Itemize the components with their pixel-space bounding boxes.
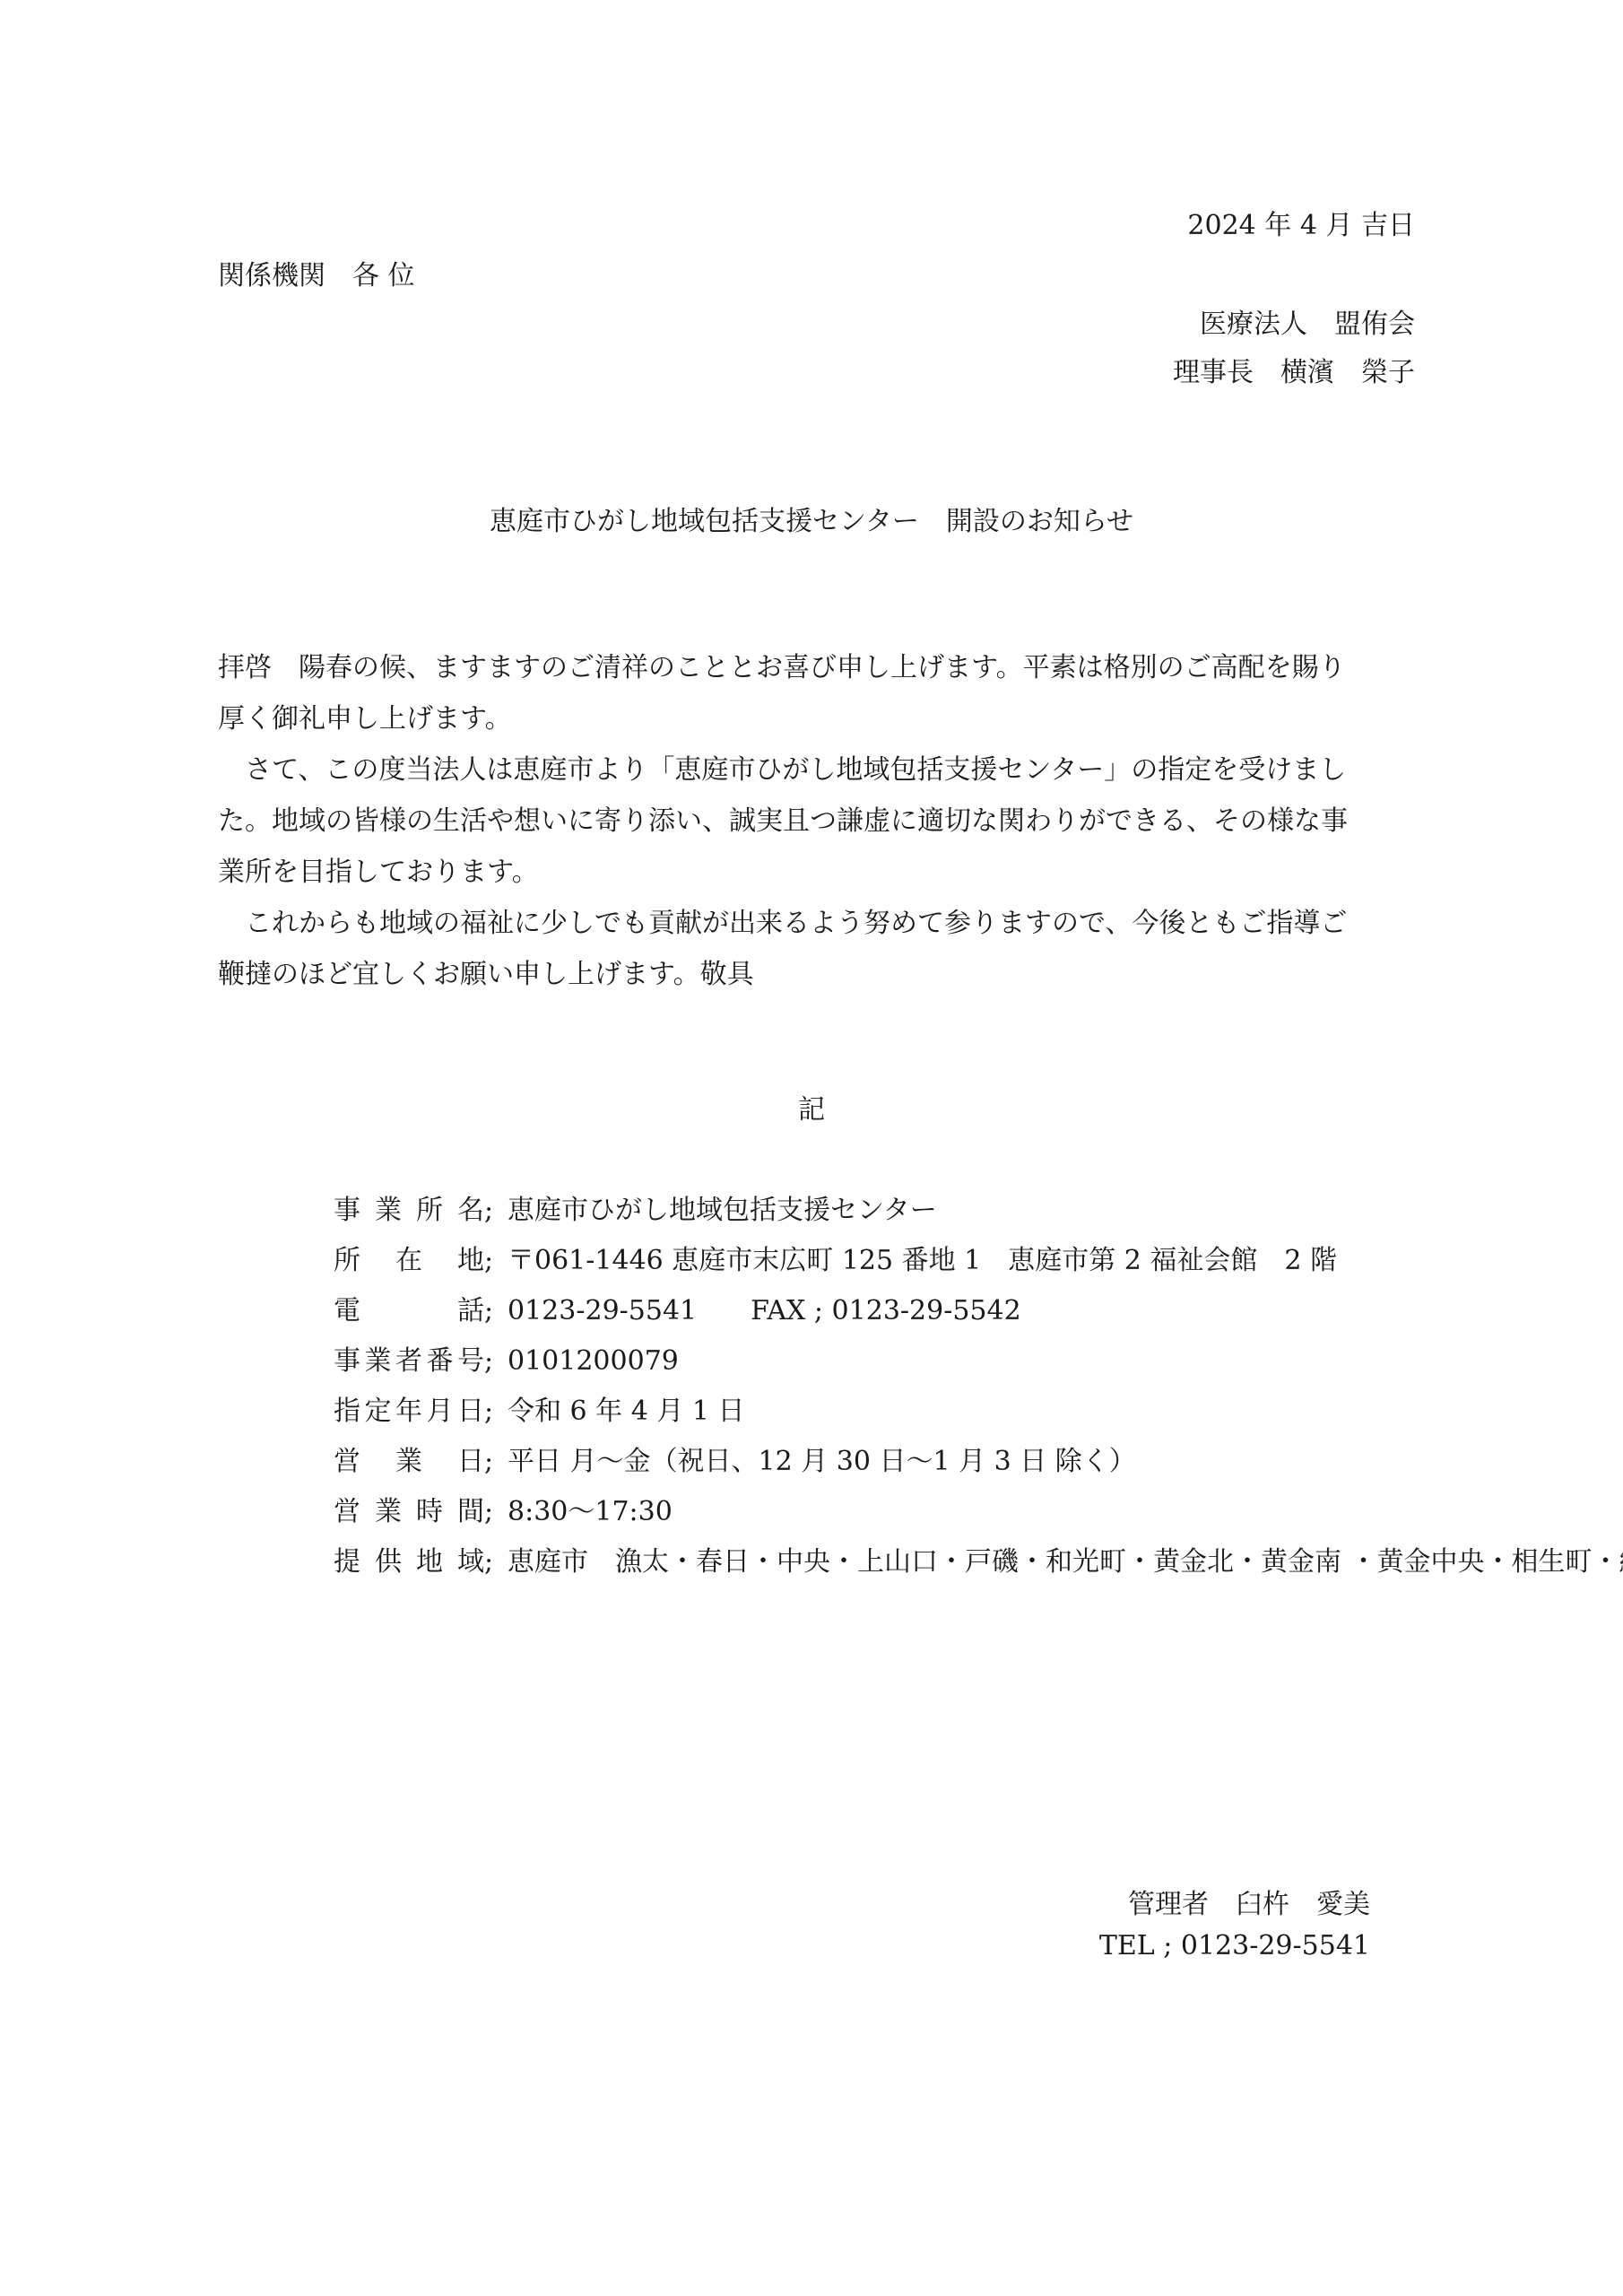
detail-label: 指定年月日 <box>334 1387 484 1437</box>
manager-name: 管理者 臼杵 愛美 <box>1128 1882 1370 1921</box>
addressee: 関係機関 各 位 <box>218 253 415 292</box>
manager-tel: TEL ; 0123-29-5541 <box>1099 1930 1370 1961</box>
document-title: 恵庭市ひがし地域包括支援センター 開設のお知らせ <box>0 499 1623 538</box>
detail-business-days: 営業日 ; 平日 月〜金（祝日、12 月 30 日〜1 月 3 日 除く） <box>334 1437 1623 1487</box>
ki-heading: 記 <box>0 1087 1623 1126</box>
body-line: さて、この度当法人は恵庭市より「恵庭市ひがし地域包括支援センター」の指定を受けま… <box>218 744 1419 796</box>
detail-separator: ; <box>484 1336 508 1387</box>
document-page: 2024 年 4 月 吉日 関係機関 各 位 医療法人 盟侑会 理事長 横濱 榮… <box>0 0 1623 2296</box>
detail-separator: ; <box>484 1236 508 1286</box>
detail-separator: ; <box>484 1286 508 1336</box>
detail-address: 所在地 ; 〒061-1446 恵庭市末広町 125 番地 1 恵庭市第 2 福… <box>334 1236 1623 1286</box>
detail-value: 8:30〜17:30 <box>508 1487 673 1537</box>
detail-value: 0123-29-5541 FAX ; 0123-29-5542 <box>508 1286 1021 1336</box>
service-area-line: 恵庭市 漁太・春日・中央・上山口・戸磯・和光町・黄金北・黄金南 <box>508 1546 1341 1578</box>
letter-body: 拝啓 陽春の候、ますますのご清祥のこととお喜び申し上げます。平素は格別のご高配を… <box>218 642 1419 1000</box>
detail-value: 平日 月〜金（祝日、12 月 30 日〜1 月 3 日 除く） <box>508 1437 1136 1487</box>
detail-office-name: 事業所名 ; 恵庭市ひがし地域包括支援センター <box>334 1186 1623 1236</box>
body-line: た。地域の皆様の生活や想いに寄り添い、誠実且つ謙虚に適切な関わりができる、その様… <box>218 796 1419 847</box>
detail-separator: ; <box>484 1537 508 1587</box>
detail-label: 所在地 <box>334 1236 484 1286</box>
service-area-list: 恵庭市 漁太・春日・中央・上山口・戸磯・和光町・黄金北・黄金南 ・黄金中央・相生… <box>508 1537 1623 1587</box>
body-line: 鞭撻のほど宜しくお願い申し上げます。敬具 <box>218 949 1419 1000</box>
detail-value: 0101200079 <box>508 1336 679 1387</box>
sender-name: 理事長 横濱 榮子 <box>1173 350 1415 389</box>
detail-label: 電話 <box>334 1286 484 1336</box>
detail-label: 事業所名 <box>334 1186 484 1236</box>
body-line: 厚く御礼申し上げます。 <box>218 693 1419 744</box>
body-line: 拝啓 陽春の候、ますますのご清祥のこととお喜び申し上げます。平素は格別のご高配を… <box>218 642 1419 693</box>
detail-value: 恵庭市ひがし地域包括支援センター <box>508 1186 937 1236</box>
body-line: 業所を目指しております。 <box>218 847 1419 898</box>
detail-separator: ; <box>484 1186 508 1236</box>
detail-phone: 電話 ; 0123-29-5541 FAX ; 0123-29-5542 <box>334 1286 1623 1336</box>
detail-separator: ; <box>484 1387 508 1437</box>
issue-date: 2024 年 4 月 吉日 <box>1187 203 1415 242</box>
detail-label: 事業者番号 <box>334 1336 484 1387</box>
detail-label: 営業日 <box>334 1437 484 1487</box>
service-area-line: ・黄金中央・相生町・緑町・住吉町・末広町・栄恵町・泉町・京町 <box>1350 1546 1623 1578</box>
detail-separator: ; <box>484 1437 508 1487</box>
detail-label: 営業時間 <box>334 1487 484 1537</box>
details-list: 事業所名 ; 恵庭市ひがし地域包括支援センター 所在地 ; 〒061-1446 … <box>334 1186 1623 1587</box>
detail-value: 〒061-1446 恵庭市末広町 125 番地 1 恵庭市第 2 福祉会館 2 … <box>508 1236 1337 1286</box>
detail-designation-date: 指定年月日 ; 令和 6 年 4 月 1 日 <box>334 1387 1623 1437</box>
detail-business-number: 事業者番号 ; 0101200079 <box>334 1336 1623 1387</box>
detail-business-hours: 営業時間 ; 8:30〜17:30 <box>334 1487 1623 1537</box>
detail-service-area: 提供地域 ; 恵庭市 漁太・春日・中央・上山口・戸磯・和光町・黄金北・黄金南 ・… <box>334 1537 1623 1587</box>
sender-organization: 医療法人 盟侑会 <box>1200 301 1415 341</box>
detail-value: 令和 6 年 4 月 1 日 <box>508 1387 744 1437</box>
detail-label: 提供地域 <box>334 1537 484 1587</box>
body-line: これからも地域の福祉に少しでも貢献が出来るよう努めて参りますので、今後ともご指導… <box>218 898 1419 949</box>
detail-separator: ; <box>484 1487 508 1537</box>
